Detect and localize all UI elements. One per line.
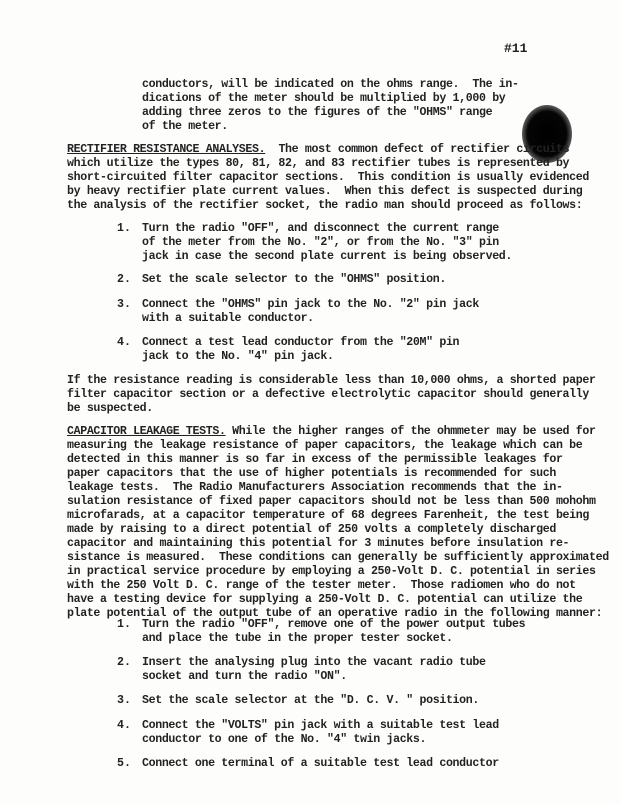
paragraph-line: paper capacitors that the use of higher …: [67, 467, 556, 481]
step-number: 2.: [117, 656, 131, 670]
step-line: jack in case the second plate current is…: [142, 250, 512, 264]
paragraph-text: While the higher ranges of the ohmmeter …: [226, 425, 596, 438]
section-heading-rectifier: RECTIFIER RESISTANCE ANALYSES.: [67, 143, 265, 156]
document-page: #11 conductors, will be indicated on the…: [0, 0, 620, 805]
step-line: Connect the "VOLTS" pin jack with a suit…: [142, 719, 499, 733]
step-line: Turn the radio "OFF", and disconnect the…: [142, 222, 499, 236]
step-line: with a suitable conductor.: [142, 312, 314, 326]
paragraph-line: detected in this manner is so far in exc…: [67, 453, 563, 467]
conclusion-line: be suspected.: [67, 402, 153, 416]
paragraph-line: capacitor and maintaining this potential…: [67, 537, 569, 551]
section-heading-capacitor: CAPACITOR LEAKAGE TESTS.: [67, 425, 226, 438]
paragraph-line: by heavy rectifier plate current values.…: [67, 185, 582, 199]
paragraph-line: made by raising to a direct potential of…: [67, 523, 556, 537]
paragraph-line: sulation resistance of fixed paper capac…: [67, 495, 596, 509]
intro-line: adding three zeros to the figures of the…: [142, 106, 492, 120]
step-line: socket and turn the radio "ON".: [142, 670, 347, 684]
step-number: 4.: [117, 336, 131, 350]
paragraph-line: in practical service procedure by employ…: [67, 565, 596, 579]
step-line: Connect one terminal of a suitable test …: [142, 757, 499, 771]
step-line: Turn the radio "OFF", remove one of the …: [142, 618, 525, 632]
step-line: of the meter from the No. "2", or from t…: [142, 236, 499, 250]
conclusion-line: filter capacitor section or a defective …: [67, 388, 589, 402]
step-line: Set the scale selector at the "D. C. V. …: [142, 694, 479, 708]
step-line: jack to the No. "4" pin jack.: [142, 350, 334, 364]
step-line: Connect a test lead conductor from the "…: [142, 336, 459, 350]
paragraph-line: microfarads, at a capacitor temperature …: [67, 509, 589, 523]
paragraph-line: with the 250 Volt D. C. range of the tes…: [67, 579, 576, 593]
step-line: Insert the analysing plug into the vacan…: [142, 656, 486, 670]
conclusion-line: If the resistance reading is considerabl…: [67, 374, 596, 388]
step-line: and place the tube in the proper tester …: [142, 632, 453, 646]
page-number: #11: [504, 41, 527, 56]
paragraph-line: which utilize the types 80, 81, 82, and …: [67, 157, 569, 171]
step-number: 1.: [117, 222, 131, 236]
step-number: 2.: [117, 273, 131, 287]
paragraph-line: leakage tests. The Radio Manufacturers A…: [67, 481, 563, 495]
intro-line: conductors, will be indicated on the ohm…: [142, 78, 519, 92]
paragraph-line: measuring the leakage resistance of pape…: [67, 439, 582, 453]
step-line: Connect the "OHMS" pin jack to the No. "…: [142, 298, 479, 312]
step-number: 5.: [117, 757, 131, 771]
paragraph-text: The most common defect of rectifier circ…: [265, 143, 569, 156]
step-number: 3.: [117, 694, 131, 708]
step-number: 3.: [117, 298, 131, 312]
step-line: Set the scale selector to the "OHMS" pos…: [142, 273, 446, 287]
step-line: conductor to one of the No. "4" twin jac…: [142, 733, 426, 747]
step-number: 1.: [117, 618, 131, 632]
capacitor-section-paragraph: CAPACITOR LEAKAGE TESTS. While the highe…: [67, 425, 596, 439]
paragraph-line: the analysis of the rectifier socket, th…: [67, 199, 582, 213]
paragraph-line: sistance is measured. These conditions c…: [67, 551, 609, 565]
paragraph-line: short-circuited filter capacitor section…: [67, 171, 589, 185]
intro-line: of the meter.: [142, 120, 228, 134]
paragraph-line: have a testing device for supplying a 25…: [67, 593, 582, 607]
step-number: 4.: [117, 719, 131, 733]
rectifier-section-paragraph: RECTIFIER RESISTANCE ANALYSES. The most …: [67, 143, 569, 157]
intro-line: dications of the meter should be multipl…: [142, 92, 505, 106]
